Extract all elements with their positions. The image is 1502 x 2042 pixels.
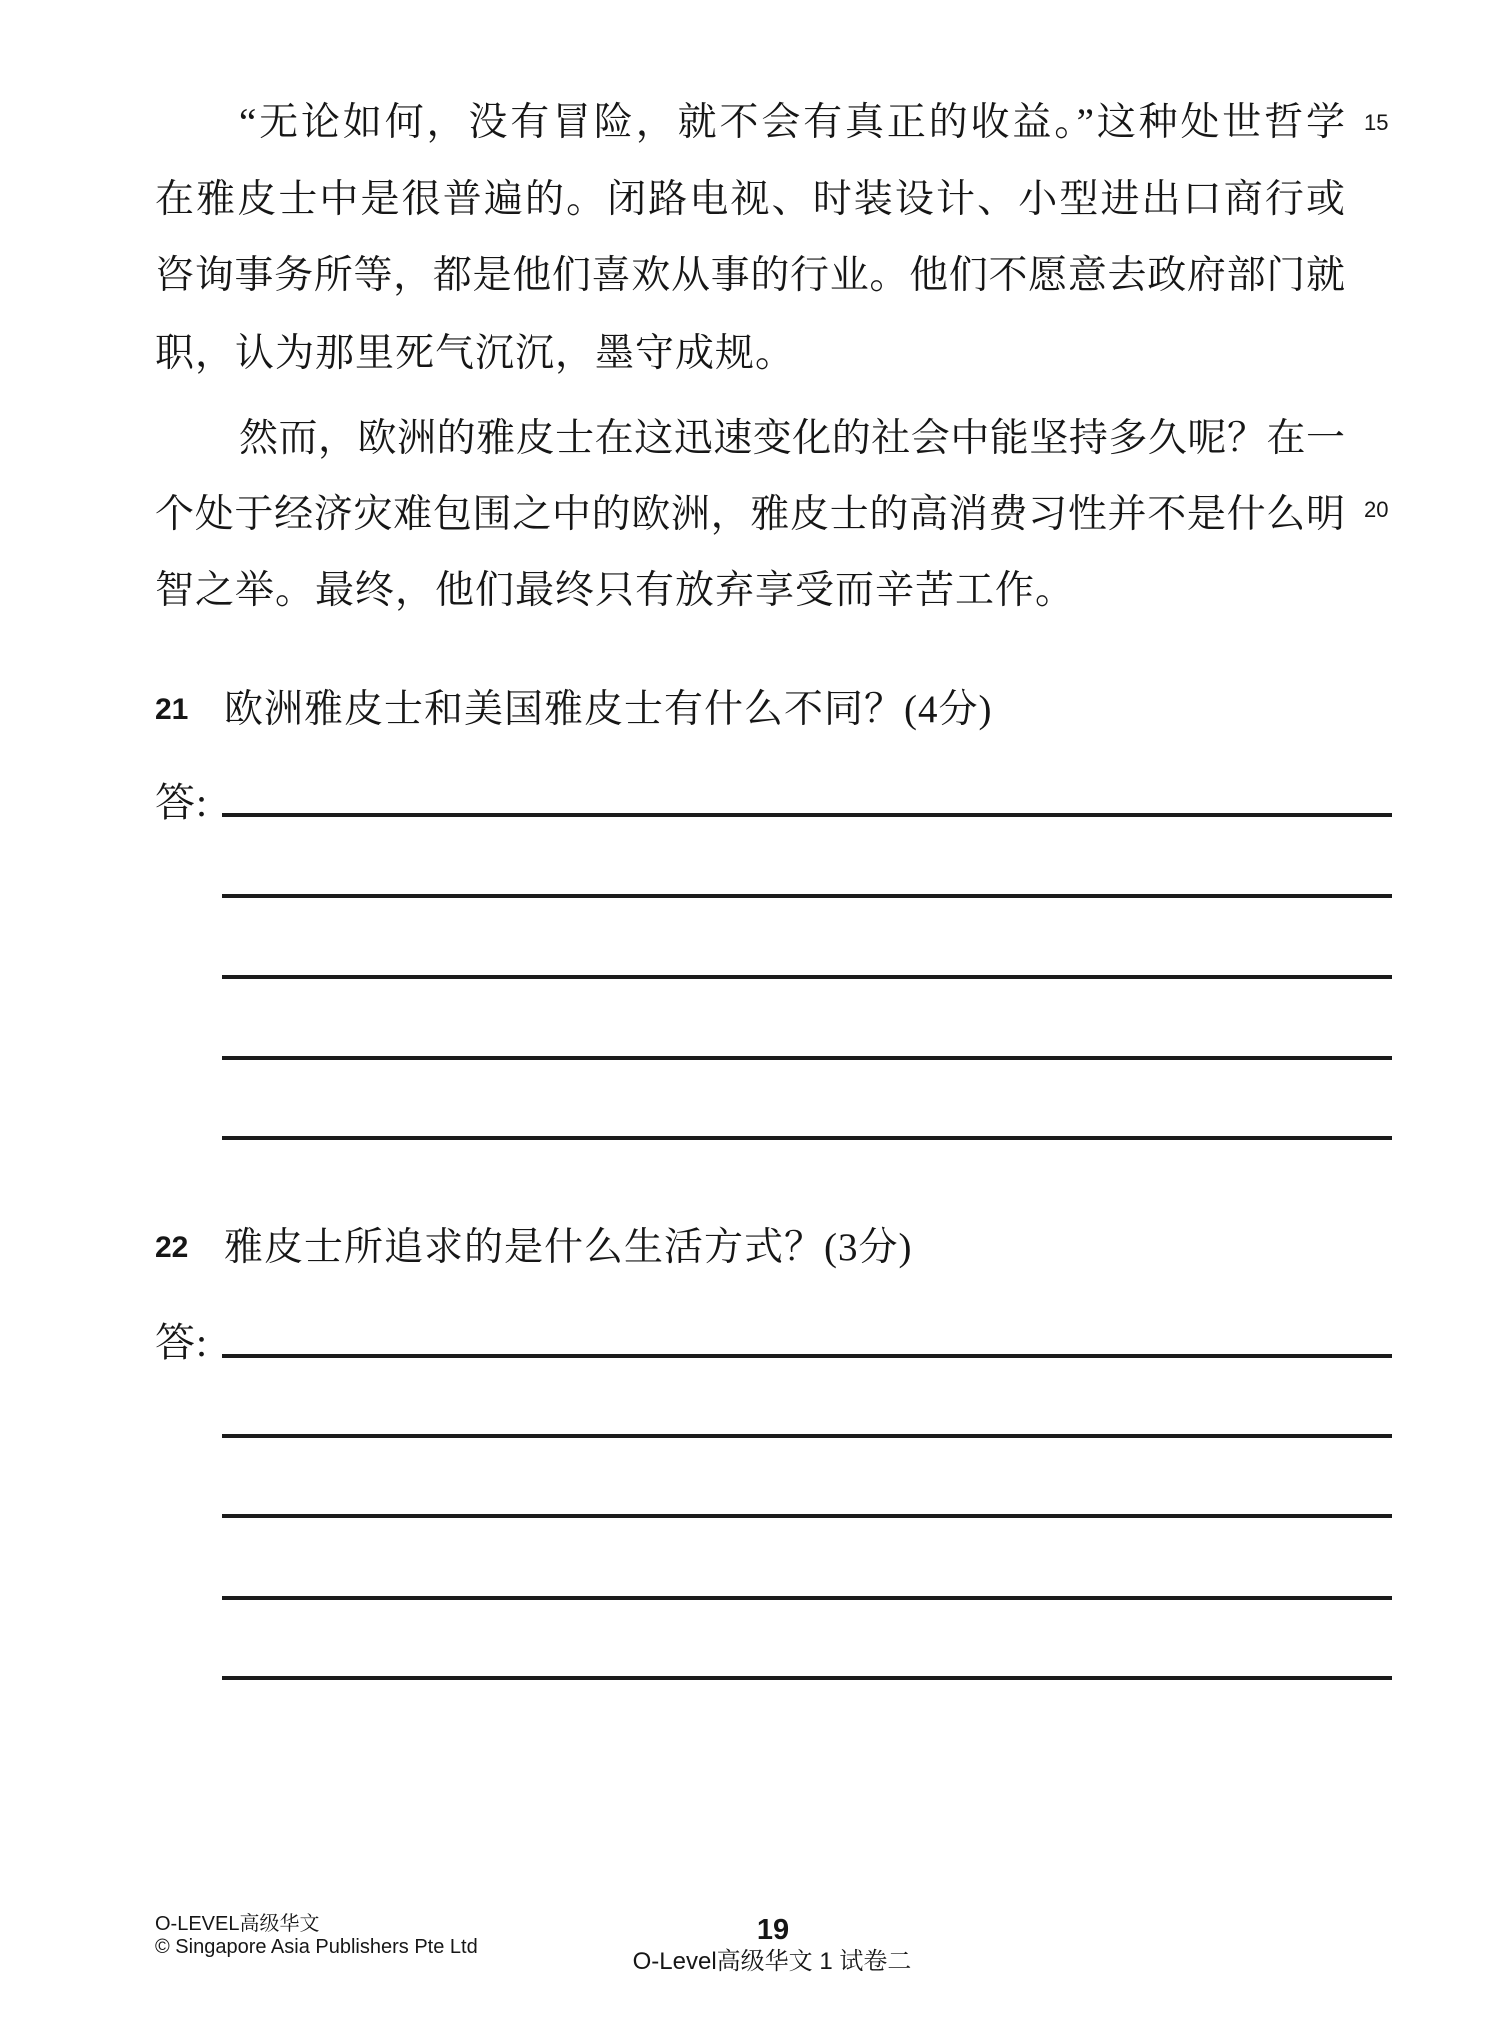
footer-caption: O-Level高级华文 1 试卷二 — [633, 1948, 912, 1976]
answer-label: 答: — [155, 1319, 208, 1367]
passage-line: “无论如何，没有冒险，就不会有真正的收益。”这种处世哲学 — [155, 98, 1345, 148]
exam-paper-page: “无论如何，没有冒险，就不会有真正的收益。”这种处世哲学 在雅皮士中是很普遍的。… — [0, 0, 1502, 2042]
footer-page-number: 19 — [757, 1915, 789, 1945]
answer-line — [222, 813, 1392, 817]
answer-line — [222, 975, 1392, 979]
answer-line — [222, 1676, 1392, 1680]
margin-line-number-20: 20 — [1364, 497, 1388, 523]
question-prompt: 雅皮士所追求的是什么生活方式？(3分) — [224, 1224, 912, 1272]
answer-label: 答: — [155, 779, 208, 827]
question-prompt: 欧洲雅皮士和美国雅皮士有什么不同？(4分) — [224, 686, 992, 734]
question-number: 21 — [155, 686, 188, 734]
answer-line — [222, 1514, 1392, 1518]
passage-line: 在雅皮士中是很普遍的。闭路电视、时装设计、小型进出口商行或 — [155, 175, 1345, 225]
question-number: 22 — [155, 1224, 188, 1272]
answer-line — [222, 1136, 1392, 1140]
passage-line: 智之举。最终，他们最终只有放弃享受而辛苦工作。 — [155, 566, 1345, 616]
passage-line: 个处于经济灾难包围之中的欧洲，雅皮士的高消费习性并不是什么明 — [155, 490, 1345, 540]
answer-line — [222, 1354, 1392, 1358]
passage-line: 职，认为那里死气沉沉，墨守成规。 — [155, 329, 1345, 379]
answer-line — [222, 1596, 1392, 1600]
margin-line-number-15: 15 — [1364, 110, 1388, 136]
passage-line: 咨询事务所等，都是他们喜欢从事的行业。他们不愿意去政府部门就 — [155, 251, 1345, 301]
footer-series-title: O-LEVEL高级华文 — [155, 1913, 319, 1936]
answer-line — [222, 894, 1392, 898]
answer-line — [222, 1056, 1392, 1060]
footer-copyright: © Singapore Asia Publishers Pte Ltd — [155, 1936, 478, 1959]
answer-line — [222, 1434, 1392, 1438]
passage-line: 然而，欧洲的雅皮士在这迅速变化的社会中能坚持多久呢？在一 — [155, 414, 1345, 464]
